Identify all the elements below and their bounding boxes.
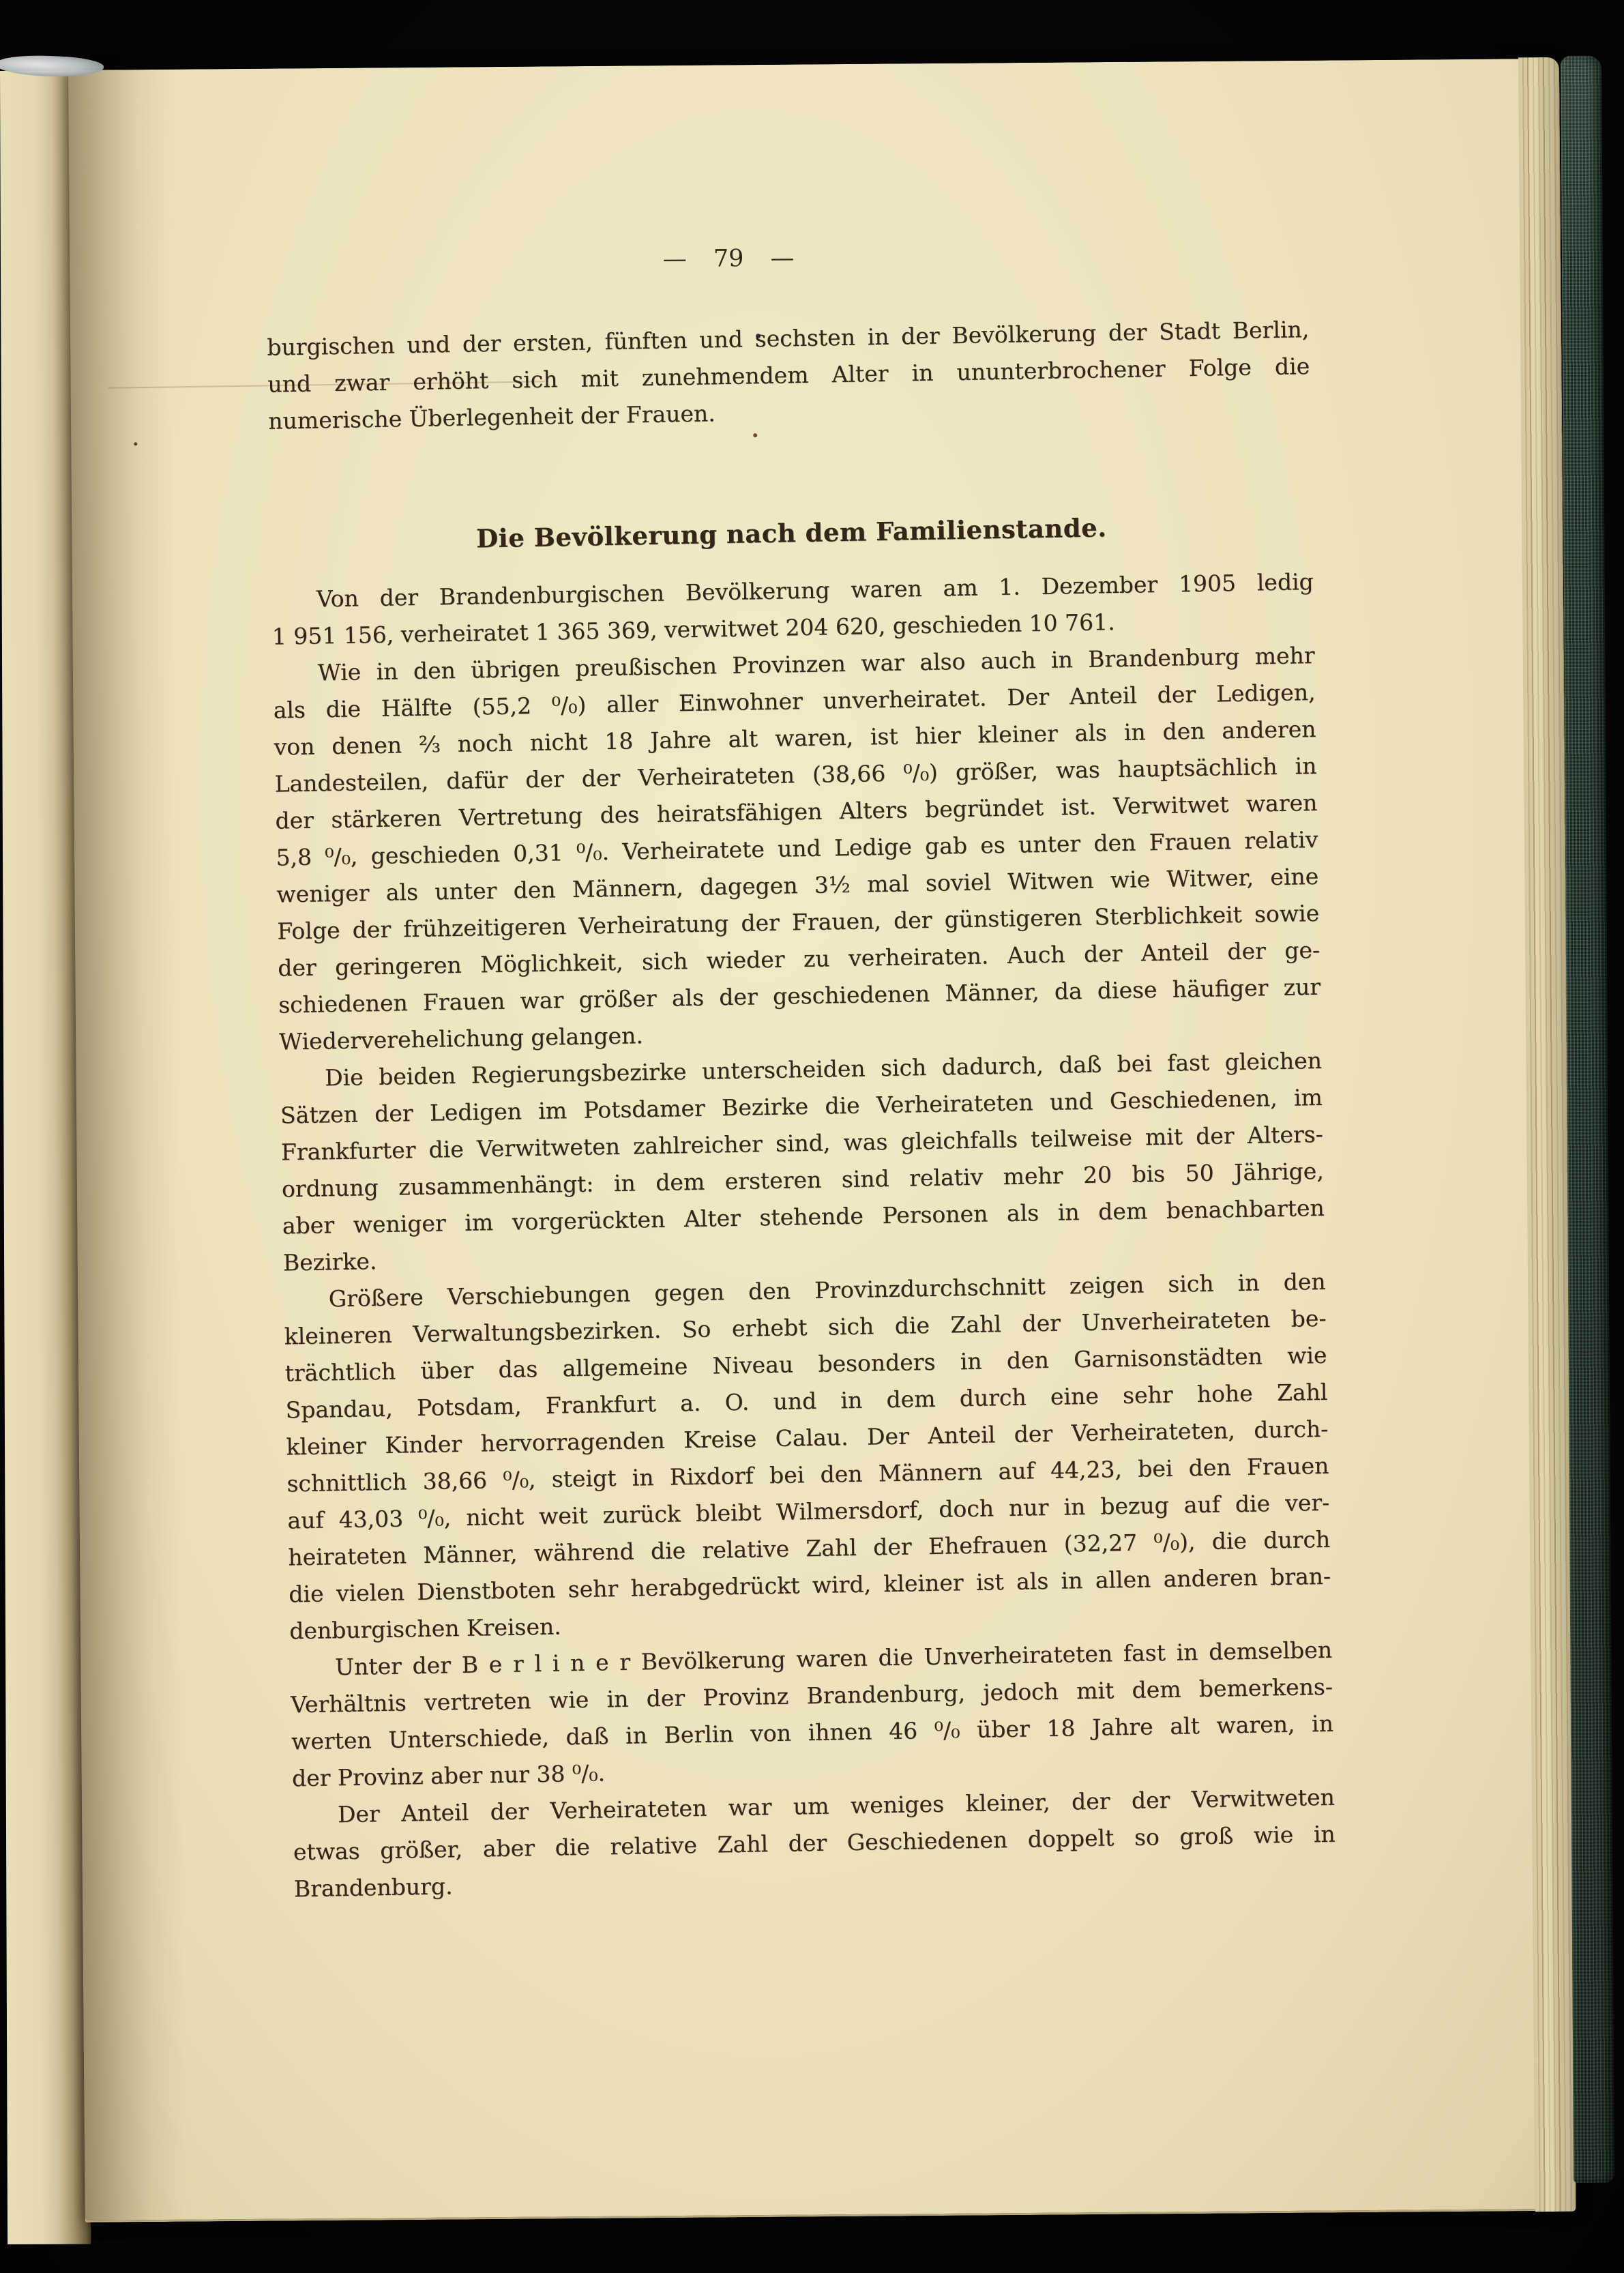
book-page: — 79 — burgischen und der ersten, fünfte…	[68, 59, 1576, 2223]
scanned-book-photo: — 79 — burgischen und der ersten, fünfte…	[0, 0, 1624, 2273]
gutter-shadow	[68, 70, 188, 2220]
page-text-block: burgischen und der ersten, fünften und s…	[267, 311, 1336, 1907]
page-sections: burgischen und der ersten, fünften und s…	[267, 311, 1336, 1907]
paper-speck	[134, 442, 137, 445]
section-heading: Die Bevölkerung nach dem Familienstande.	[270, 505, 1313, 561]
page-number: — 79 —	[641, 243, 816, 274]
